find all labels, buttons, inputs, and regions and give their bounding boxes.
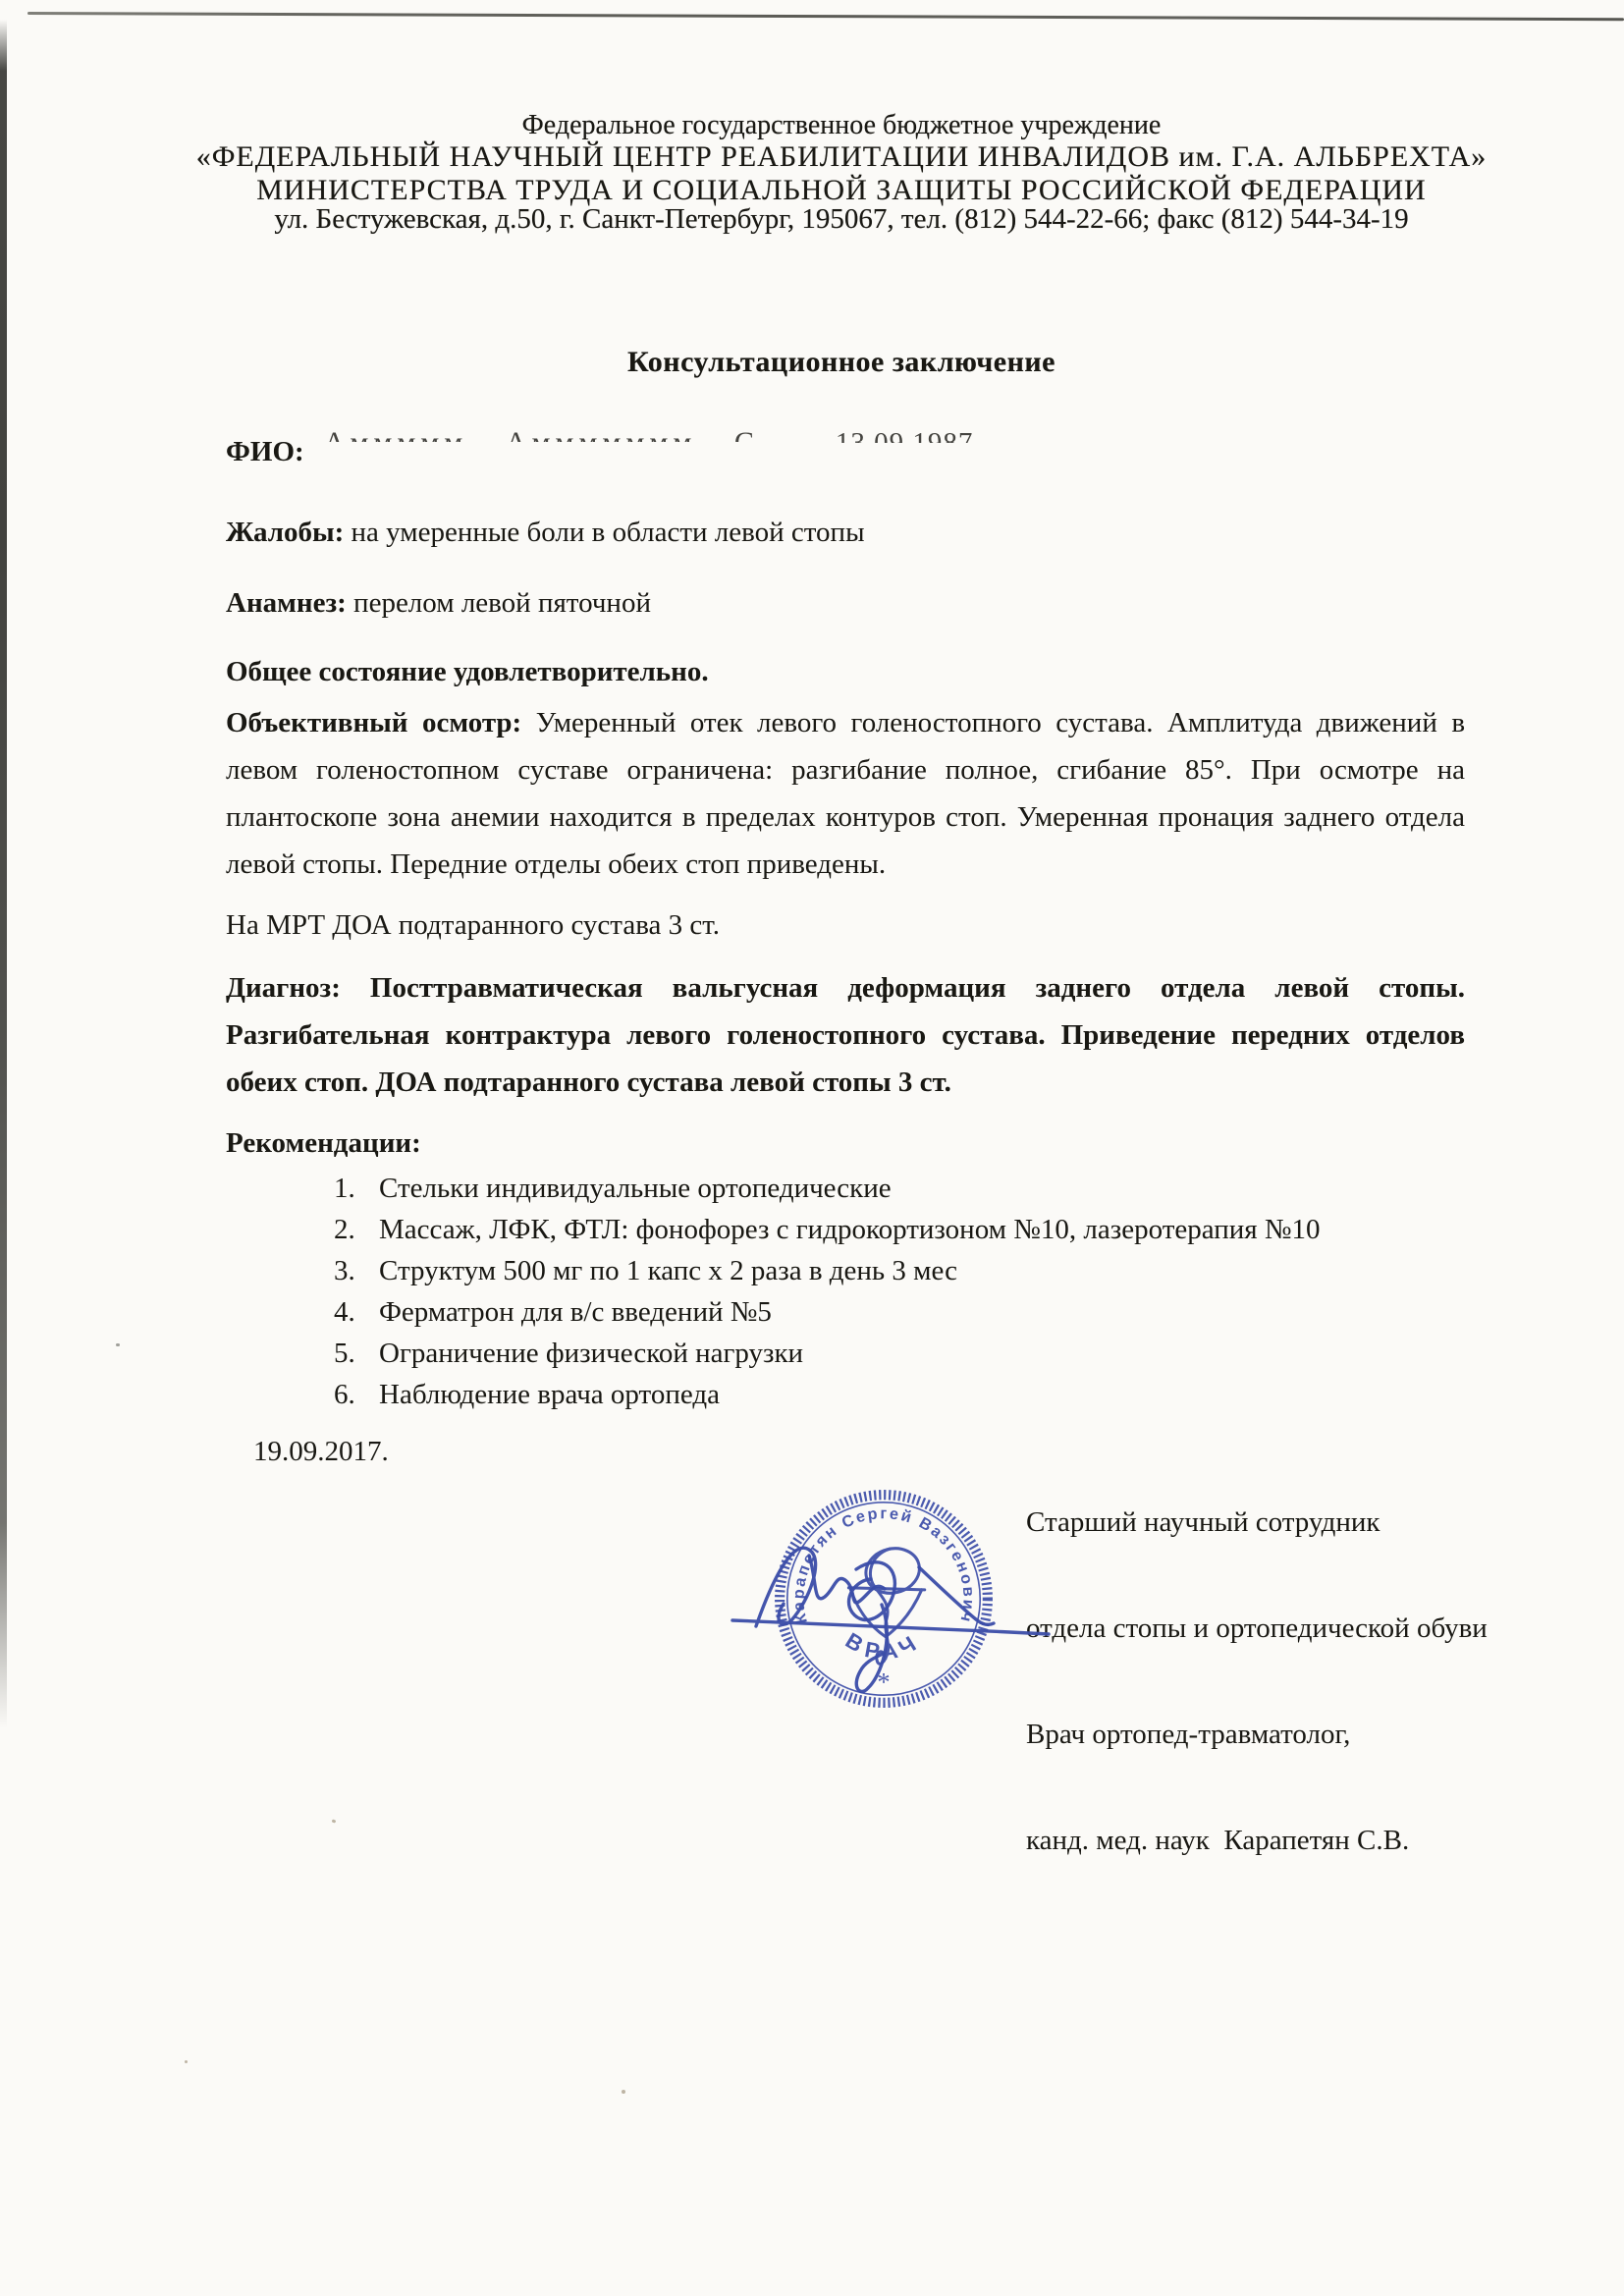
list-item-text: Структум 500 мг по 1 капс х 2 раза в ден…	[379, 1257, 957, 1285]
diagnosis-label: Диагноз:	[226, 972, 341, 1004]
fio-erased-name: Аммммм Аммммммм С	[324, 428, 759, 458]
org-ministry-line: МИНИСТЕРСТВА ТРУДА И СОЦИАЛЬНОЙ ЗАЩИТЫ Р…	[59, 174, 1624, 207]
list-item-text: Наблюдение врача ортопеда	[379, 1381, 720, 1409]
anamnesis-label: Анамнез:	[226, 587, 347, 619]
signoff-line: отдела стопы и ортопедической обуви	[1026, 1611, 1488, 1646]
document-scan: Федеральное государственное бюджетное уч…	[0, 0, 1624, 2296]
paper-speck	[185, 2060, 188, 2063]
list-item-text: Массаж, ЛФК, ФТЛ: фонофорез с гидрокорти…	[379, 1216, 1321, 1244]
signoff-line: Врач ортопед-травматолог,	[1026, 1717, 1488, 1752]
fio-label: ФИО:	[226, 436, 304, 467]
anamnesis-row: Анамнез: перелом левой пяточной	[226, 579, 1465, 627]
document-date: 19.09.2017.	[253, 1436, 389, 1468]
list-item-number: 5.	[334, 1339, 379, 1368]
recommendations-label: Рекомендации:	[226, 1120, 1465, 1167]
paper-speck	[116, 1343, 120, 1346]
signoff-line: Старший научный сотрудник	[1026, 1504, 1488, 1540]
general-state: Общее состояние удовлетворительно.	[226, 648, 1465, 695]
exam-paragraph: Объективный осмотр: Умеренный отек левог…	[226, 699, 1465, 888]
list-item: 1. Стельки индивидуальные ортопедические	[226, 1175, 1465, 1203]
paper-speck	[332, 1819, 337, 1823]
complaints-row: Жалобы: на умеренные боли в области лево…	[226, 509, 1465, 556]
scan-edge-line	[27, 12, 1624, 21]
anamnesis-text: перелом левой пяточной	[353, 587, 651, 619]
list-item-number: 4.	[334, 1298, 379, 1327]
fio-erased-birthdate: 13.09.1987	[836, 428, 974, 458]
scan-edge-strip	[0, 20, 7, 1728]
list-item-number: 1.	[334, 1175, 379, 1203]
list-item-text: Ограничение физической нагрузки	[379, 1339, 803, 1368]
recommendations-list: 1. Стельки индивидуальные ортопедические…	[226, 1175, 1465, 1422]
signoff-line: канд. мед. наук Карапетян С.В.	[1026, 1823, 1488, 1858]
scanned-document-page: { "colors":{"ink":"#191813","paper":"#fb…	[0, 0, 1624, 2296]
list-item-number: 3.	[334, 1257, 379, 1285]
page-title: Консультационное заключение	[59, 346, 1624, 379]
complaints-text: на умеренные боли в области левой стопы	[352, 517, 865, 548]
signoff-block: Старший научный сотрудник отдела стопы и…	[1026, 1434, 1488, 1929]
complaints-label: Жалобы:	[226, 517, 344, 548]
exam-label: Объективный осмотр:	[226, 707, 521, 738]
list-item: 6. Наблюдение врача ортопеда	[226, 1381, 1465, 1409]
fio-row: ФИО:Аммммм Аммммммм С13.09.1987	[226, 428, 1465, 475]
list-item: 2. Массаж, ЛФК, ФТЛ: фонофорез с гидроко…	[226, 1216, 1465, 1244]
list-item-number: 2.	[334, 1216, 379, 1244]
signature-icon	[727, 1510, 1056, 1721]
org-address-line: ул. Бестужевская, д.50, г. Санкт-Петербу…	[59, 203, 1624, 236]
list-item-text: Стельки индивидуальные ортопедические	[379, 1175, 892, 1203]
org-type-line: Федеральное государственное бюджетное уч…	[59, 110, 1624, 141]
list-item-number: 6.	[334, 1381, 379, 1409]
org-name-line: «ФЕДЕРАЛЬНЫЙ НАУЧНЫЙ ЦЕНТР РЕАБИЛИТАЦИИ …	[59, 140, 1624, 174]
diagnosis-text: Посттравматическая вальгусная деформация…	[226, 972, 1465, 1098]
list-item: 4. Ферматрон для в/с введений №5	[226, 1298, 1465, 1327]
diagnosis-paragraph: Диагноз: Посттравматическая вальгусная д…	[226, 964, 1465, 1106]
list-item: 3. Структум 500 мг по 1 капс х 2 раза в …	[226, 1257, 1465, 1285]
paper-speck	[622, 2090, 625, 2094]
list-item: 5. Ограничение физической нагрузки	[226, 1339, 1465, 1368]
list-item-text: Ферматрон для в/с введений №5	[379, 1298, 772, 1327]
mrt-line: На МРТ ДОА подтаранного сустава 3 ст.	[226, 902, 1465, 949]
